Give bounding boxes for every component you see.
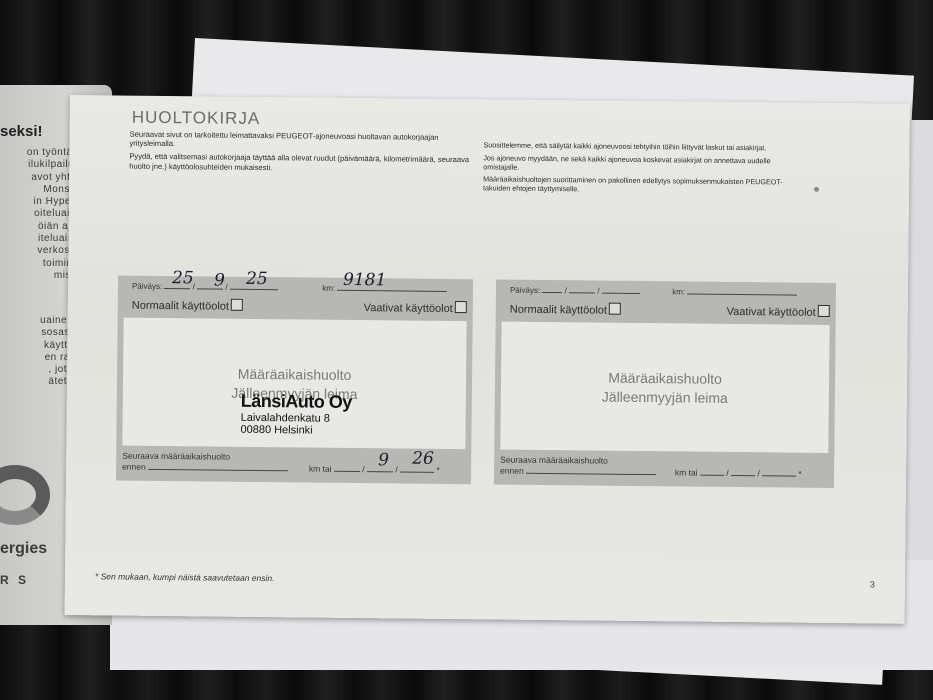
- km-field[interactable]: [337, 290, 447, 292]
- next-km-field[interactable]: [148, 469, 288, 471]
- handwritten-date-year: 25: [246, 269, 268, 289]
- page-number: 3: [870, 579, 875, 589]
- demanding-checkbox[interactable]: [818, 305, 830, 317]
- before-label: ennen: [500, 466, 524, 476]
- km-field[interactable]: [687, 293, 797, 295]
- demanding-checkbox[interactable]: [455, 301, 467, 313]
- dealer-stamp-area: Määräaikaishuolto Jälleenmyyjän leima Lä…: [122, 318, 466, 450]
- normal-conditions-option[interactable]: Normaalit käyttöolot: [510, 302, 621, 317]
- page-title: HUOLTOKIRJA: [132, 108, 261, 129]
- stamp-placeholder: Määräaikaishuolto Jälleenmyyjän leima: [501, 368, 829, 409]
- next-day-field[interactable]: [334, 471, 360, 472]
- km-label: km:: [672, 287, 685, 296]
- conditions-row: Normaalit käyttöolot Vaativat käyttöolot: [132, 298, 467, 316]
- footnote: * Sen mukaan, kumpi näistä saavutetaan e…: [95, 571, 275, 583]
- service-entry-1: Päiväys: / / km: 25 9 25 9181 Normaalit …: [116, 276, 473, 485]
- date-km-row: Päiväys: / / km:: [510, 286, 797, 298]
- before-label: ennen: [122, 462, 146, 472]
- service-book-page: HUOLTOKIRJA Seuraavat sivut on tarkoitet…: [65, 95, 910, 624]
- intro-paragraph: Suosittelemme, että säilytät kaikki ajon…: [483, 141, 803, 153]
- next-year-field[interactable]: [400, 471, 434, 472]
- conditions-row: Normaalit käyttöolot Vaativat käyttöolot: [510, 302, 830, 319]
- demanding-conditions-option[interactable]: Vaativat käyttöolot: [727, 304, 830, 319]
- stamp-company: LänsiAuto Oy: [241, 391, 352, 413]
- demanding-label: Vaativat käyttöolot: [364, 302, 453, 315]
- intro-paragraph: Määräaikaishuoltojen suorittaminen on pa…: [483, 176, 803, 197]
- date-day-field[interactable]: [542, 292, 562, 293]
- normal-conditions-option[interactable]: Normaalit käyttöolot: [132, 298, 243, 313]
- intro-left: Seuraavat sivut on tarkoitettu leimattav…: [129, 130, 469, 178]
- dealer-stamp-area: Määräaikaishuolto Jälleenmyyjän leima: [500, 322, 829, 453]
- demanding-conditions-option[interactable]: Vaativat käyttöolot: [364, 300, 467, 315]
- intro-right: Suosittelemme, että säilytät kaikki ajon…: [483, 141, 804, 200]
- handwritten-date-day: 25: [172, 268, 194, 288]
- dealer-stamp: LänsiAuto Oy Laivalahdenkatu 8 00880 Hel…: [240, 391, 351, 437]
- normal-checkbox[interactable]: [231, 299, 243, 311]
- handwritten-km: 9181: [343, 270, 386, 290]
- intro-paragraph: Pyydä, että valitsemasi autokorjaaja täy…: [129, 152, 469, 174]
- brochure-heading: seksi!: [0, 123, 43, 140]
- stamp-city: 00880 Helsinki: [240, 424, 351, 437]
- km-or-label: km tai: [675, 467, 698, 477]
- next-day-field[interactable]: [700, 475, 724, 476]
- next-service-row: Seuraava määräaikaishuolto ennen km tai …: [500, 455, 828, 480]
- date-label: Päiväys: [132, 282, 160, 291]
- date-year-field[interactable]: [602, 293, 640, 294]
- date-month-field[interactable]: [569, 292, 595, 293]
- next-month-field[interactable]: [731, 475, 755, 476]
- handwritten-next-year: 26: [412, 449, 434, 469]
- brand-logo-icon: [0, 465, 50, 525]
- intro-paragraph: Seuraavat sivut on tarkoitettu leimattav…: [129, 130, 469, 152]
- date-label: Päiväys: [510, 286, 538, 295]
- km-label: km:: [322, 284, 335, 293]
- stamp-label-line2: Jälleenmyyjän leima: [501, 387, 829, 409]
- normal-label: Normaalit käyttöolot: [510, 304, 607, 317]
- next-month-field[interactable]: [367, 471, 393, 472]
- next-km-field[interactable]: [526, 473, 656, 475]
- normal-checkbox[interactable]: [609, 303, 621, 315]
- brand-subtitle: R S: [0, 573, 29, 587]
- km-or-label: km tai: [309, 464, 332, 474]
- next-year-field[interactable]: [762, 475, 796, 476]
- service-entry-2: Päiväys: / / km: Normaalit käyttöolot Va…: [494, 279, 836, 488]
- brand-name: ergies: [0, 540, 47, 558]
- normal-label: Normaalit käyttöolot: [132, 300, 229, 313]
- intro-paragraph: Jos ajoneuvo myydään, ne sekä kaikki ajo…: [483, 154, 803, 175]
- handwritten-date-month: 9: [214, 271, 225, 291]
- paper-mark: [814, 187, 819, 192]
- demanding-label: Vaativat käyttöolot: [727, 306, 816, 319]
- handwritten-next-month: 9: [378, 450, 389, 470]
